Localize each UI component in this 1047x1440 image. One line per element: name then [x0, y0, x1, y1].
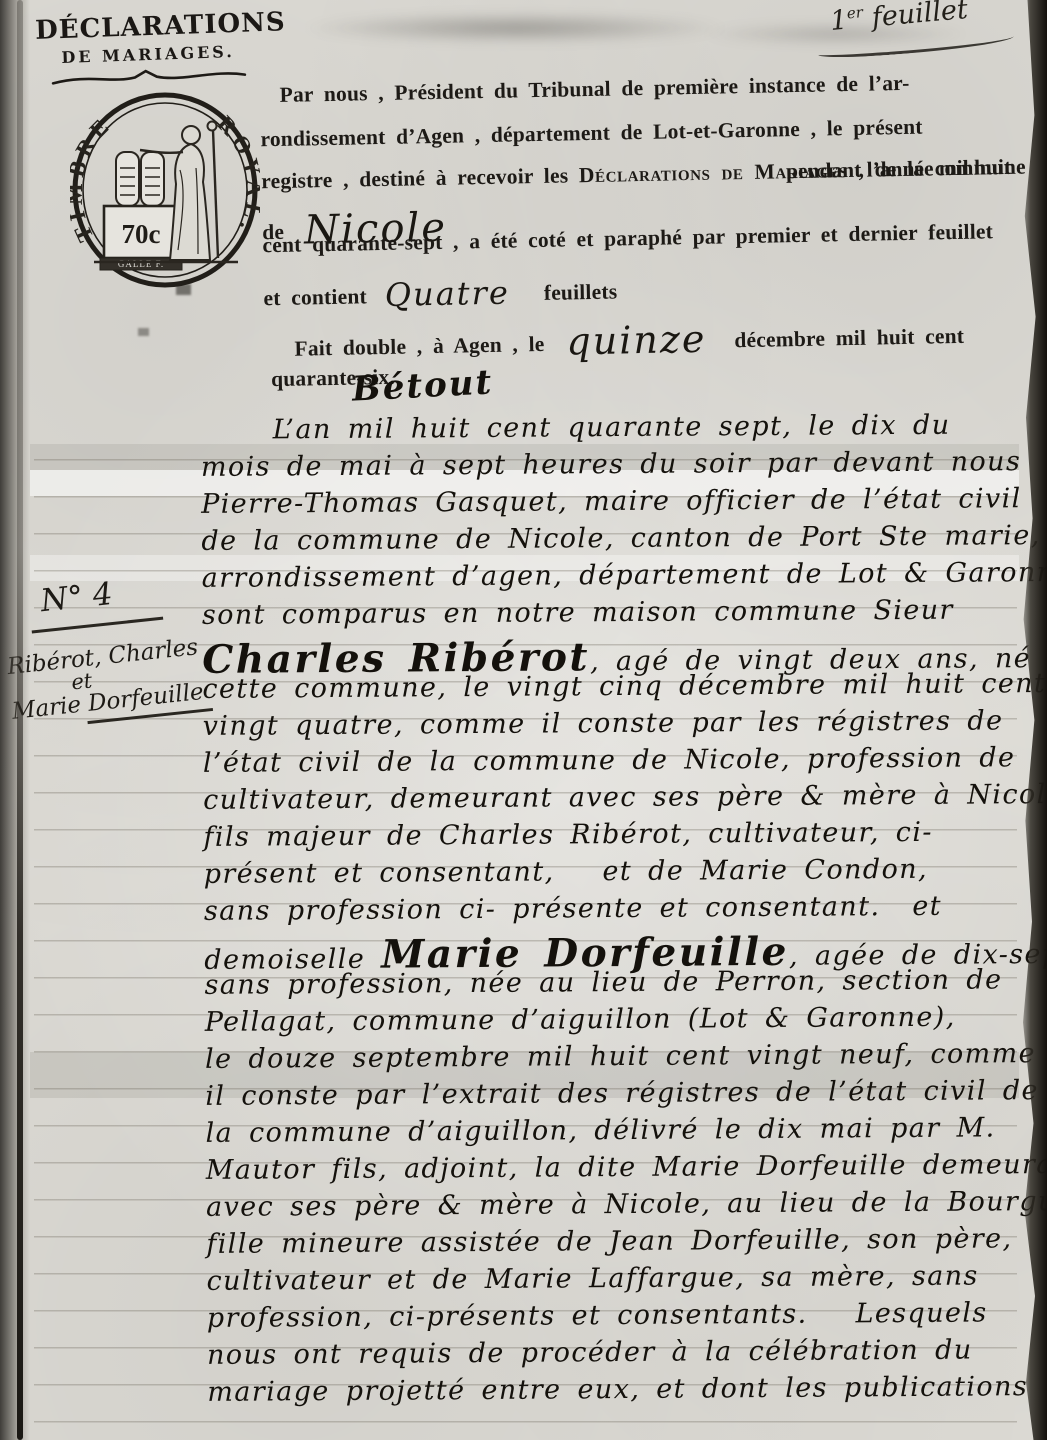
- act-line: avec ses père & mère à Nicole, au lieu d…: [198, 1186, 1047, 1229]
- left-binding-crease: [17, 0, 23, 1440]
- date-day-script: quinze: [566, 316, 707, 363]
- act-line: sans profession, née au lieu de Perron, …: [196, 964, 1046, 1007]
- left-binding-shadow: [0, 0, 30, 1440]
- printed-line-6-post: feuillets: [544, 279, 618, 304]
- act-line: cultivateur et de Marie Laffargue, sa mè…: [198, 1260, 1047, 1303]
- act-line: nous ont requis de procéder à la célébra…: [199, 1334, 1047, 1377]
- act-line: Pierre-Thomas Gasquet, maire officier de…: [193, 483, 1043, 526]
- handwritten-act: L’an mil huit cent quarante sept, le dix…: [193, 409, 1047, 1414]
- seal-tablets: [116, 152, 164, 206]
- printed-line-2: rondissement d’Agen , département de Lot…: [260, 114, 923, 152]
- ink-smudge: [300, 12, 730, 44]
- seal-text-royal: ROYAL.: [212, 111, 260, 239]
- act-line: cultivateur, demeurant avec ses père & m…: [195, 779, 1045, 822]
- act-line: mois de mai à sept heures du soir par de…: [193, 446, 1043, 489]
- act-line: L’an mil huit cent quarante sept, le dix…: [193, 409, 1043, 452]
- margin-rule: [32, 617, 164, 634]
- act-line-bride: demoiselle Marie Dorfeuille, agée de dix…: [196, 927, 1046, 970]
- stamp-title-line1: DÉCLARATIONS: [35, 8, 260, 46]
- act-line: sont comparus en notre maison commune Si…: [194, 594, 1044, 637]
- printed-line-6: et contientQuatrefeuillets: [263, 268, 617, 313]
- act-line: le douze septembre mil huit cent vingt n…: [197, 1038, 1047, 1081]
- printed-line-6-pre: et contient: [263, 284, 367, 310]
- folio-ordinal: er: [846, 3, 864, 22]
- act-line: sans profession ci- présente et consenta…: [196, 890, 1046, 933]
- stamp-title-line2: DE MARIAGES.: [36, 41, 261, 68]
- printed-line-7: Fait double , à Agen , lequinzedécembre …: [294, 307, 964, 364]
- seal-value: 70c: [122, 219, 161, 249]
- act-line-groom: Charles Ribérot, agé de vingt deux ans, …: [194, 631, 1044, 674]
- act-line: de la commune de Nicole, canton de Port …: [193, 520, 1043, 563]
- printed-header: Par nous , Président du Tribunal de prem…: [259, 43, 1025, 388]
- printed-line-4-right: pendant l’année mil huit: [786, 155, 1012, 184]
- act-line: l’état civil de la commune de Nicole, pr…: [195, 742, 1045, 785]
- flourish-divider-icon: [49, 64, 250, 89]
- president-signature: Bétout: [351, 362, 494, 409]
- printed-line-1: Par nous , Président du Tribunal de prem…: [279, 70, 909, 107]
- act-line: Mautor fils, adjoint, la dite Marie Dorf…: [198, 1149, 1047, 1192]
- printed-line-7-pre: Fait double , à Agen , le: [294, 331, 544, 360]
- act-line: présent et consentant, et de Marie Condo…: [196, 853, 1046, 896]
- printed-line-3-pre: registre , destiné à recevoir les: [261, 163, 579, 193]
- act-line: fille mineure assistée de Jean Dorfeuill…: [198, 1223, 1047, 1266]
- folio-count-script: Quatre: [384, 273, 510, 313]
- register-page: DÉCLARATIONS DE MARIAGES. TIMBRE ROYAL.: [0, 0, 1047, 1440]
- act-line: vingt quatre, comme il conste par les ré…: [195, 705, 1045, 748]
- act-line: il conste par l’extrait des régistres de…: [197, 1075, 1047, 1118]
- act-line: mariage projetté entre eux, et dont les …: [199, 1371, 1047, 1414]
- act-line: cette commune, le vingt cinq décembre mi…: [194, 668, 1044, 711]
- act-line: arrondissement d’agen, département de Lo…: [194, 557, 1044, 600]
- printed-line-7-post: décembre mil huit cent: [734, 323, 964, 351]
- seal-engraver: GALLE F.: [118, 259, 164, 269]
- timbre-royal-seal: TIMBRE ROYAL. 70c GALLE F.: [70, 90, 260, 290]
- header-stamp: DÉCLARATIONS DE MARIAGES.: [35, 8, 262, 94]
- act-line: Pellagat, commune d’aiguillon (Lot & Gar…: [197, 1001, 1047, 1044]
- act-line: fils majeur de Charles Ribérot, cultivat…: [195, 816, 1045, 859]
- act-line: la commune d’aiguillon, délivré le dix m…: [197, 1112, 1047, 1155]
- svg-text:ROYAL.: ROYAL.: [212, 111, 260, 239]
- act-line: profession, ci-présents et consentants. …: [199, 1297, 1047, 1340]
- ink-speck: [138, 328, 149, 336]
